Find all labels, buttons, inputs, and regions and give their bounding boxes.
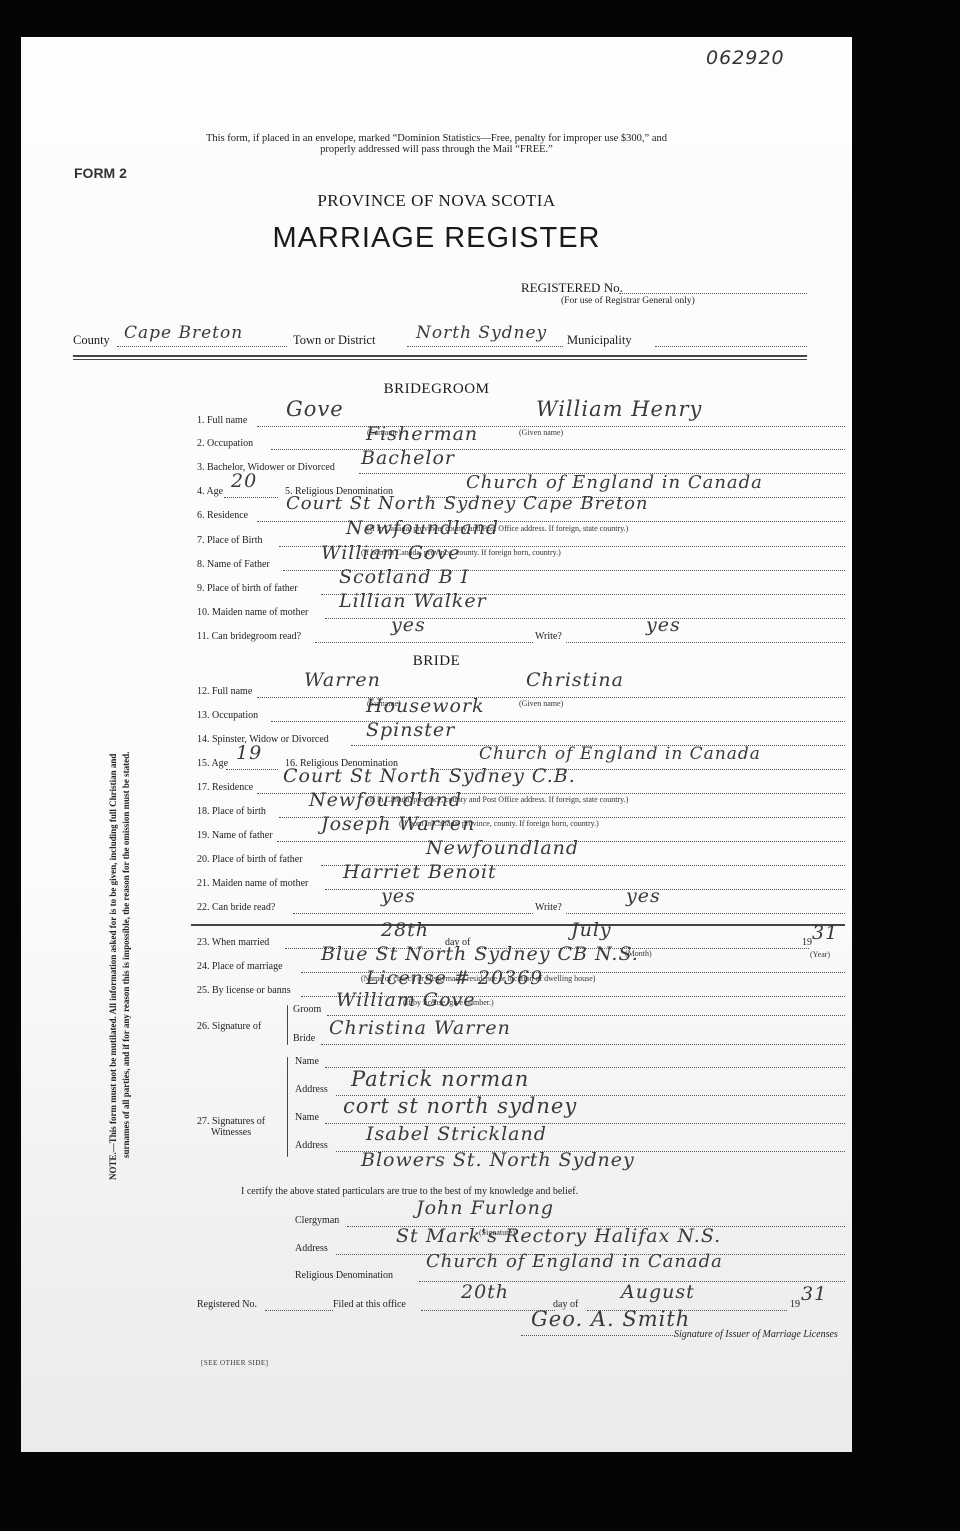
license-label: 25. By license or banns <box>197 985 291 996</box>
filed-month[interactable]: August <box>621 1281 695 1303</box>
county-value[interactable]: Cape Breton <box>124 323 243 343</box>
see-other-side: [SEE OTHER SIDE] <box>201 1359 269 1367</box>
bride-mother-maiden-name[interactable]: Harriet Benoit <box>343 861 497 883</box>
bride-signature-label: Bride <box>293 1033 315 1044</box>
groom-father-birthplace[interactable]: Scotland B I <box>339 566 469 588</box>
certification-statement: I certify the above stated particulars a… <box>241 1186 578 1197</box>
dots <box>271 721 845 722</box>
bride-surname[interactable]: Warren <box>304 669 381 691</box>
bride-can-write[interactable]: yes <box>626 885 661 907</box>
side-note-line1: NOTE.—This form must not be mutilated. A… <box>107 752 120 1180</box>
bride-mother-label: 21. Maiden name of mother <box>197 878 308 889</box>
page-title: MARRIAGE REGISTER <box>21 222 852 255</box>
bride-father-label: 19. Name of father <box>197 830 273 841</box>
dots <box>521 1335 675 1336</box>
bride-age[interactable]: 19 <box>236 742 262 764</box>
witness1-address-label: Address <box>295 1084 328 1095</box>
dots <box>224 497 278 498</box>
given-name-caption: (Given name) <box>519 699 563 708</box>
groom-residence[interactable]: Court St North Sydney Cape Breton <box>286 493 649 514</box>
filing-registered-no-label: Registered No. <box>197 1299 257 1310</box>
dots <box>321 1044 845 1045</box>
bride-residence-label: 17. Residence <box>197 782 253 793</box>
bracket <box>287 1005 288 1045</box>
dots <box>327 1015 845 1016</box>
bride-birthplace[interactable]: Newfoundland <box>309 789 462 811</box>
bracket <box>287 1057 288 1157</box>
bride-father-birthplace-label: 20. Place of birth of father <box>197 854 303 865</box>
registered-no-field[interactable] <box>619 293 807 294</box>
divider <box>191 924 845 926</box>
dots <box>257 697 845 698</box>
groom-marital-label: 3. Bachelor, Widower or Divorced <box>197 462 335 473</box>
bridegroom-heading: BRIDEGROOM <box>21 381 852 398</box>
bride-birthplace-label: 18. Place of birth <box>197 806 266 817</box>
bride-given-name[interactable]: Christina <box>526 669 624 691</box>
groom-full-name-label: 1. Full name <box>197 415 247 426</box>
postal-notice-line2: properly addressed will pass through the… <box>21 144 852 155</box>
town-value[interactable]: North Sydney <box>416 323 547 343</box>
postal-notice-line1: This form, if placed in an envelope, mar… <box>21 133 852 144</box>
witness1-name-label: Name <box>295 1056 319 1067</box>
clergy-address[interactable]: St Mark's Rectory Halifax N.S. <box>396 1225 721 1247</box>
dots <box>226 769 278 770</box>
bride-marital-label: 14. Spinster, Widow or Divorced <box>197 734 329 745</box>
groom-read-label: 11. Can bridegroom read? <box>197 631 301 642</box>
bride-occupation[interactable]: Housework <box>366 695 485 717</box>
clergyman-signature[interactable]: John Furlong <box>416 1197 554 1219</box>
marriage-year[interactable]: 31 <box>812 922 838 944</box>
bride-full-name-label: 12. Full name <box>197 686 252 697</box>
issuer-label: Signature of Issuer of Marriage Licenses <box>674 1329 838 1340</box>
filed-year[interactable]: 31 <box>801 1283 827 1305</box>
side-note: NOTE.—This form must not be mutilated. A… <box>107 752 133 1180</box>
witnesses-label-line1: 27. Signatures of <box>197 1116 265 1127</box>
filed-label: Filed at this office <box>333 1299 406 1310</box>
groom-birthplace[interactable]: Newfoundland <box>346 517 499 539</box>
witnesses-label-line2: Witnesses <box>197 1127 265 1138</box>
witness2-address-label: Address <box>295 1140 328 1151</box>
postal-notice: This form, if placed in an envelope, mar… <box>21 133 852 155</box>
town-dots <box>407 346 563 347</box>
dots <box>315 642 533 643</box>
groom-write-label: Write? <box>535 631 562 642</box>
when-married-label: 23. When married <box>197 937 269 948</box>
town-label: Town or District <box>293 333 375 348</box>
groom-age-label: 4. Age <box>197 486 223 497</box>
form-number: FORM 2 <box>74 165 127 181</box>
signature-of-label: 26. Signature of <box>197 1021 261 1032</box>
groom-can-write[interactable]: yes <box>646 614 681 636</box>
groom-given-name[interactable]: William Henry <box>536 397 702 421</box>
groom-residence-label: 6. Residence <box>197 510 248 521</box>
registered-no-label: REGISTERED No. <box>521 280 623 296</box>
divider <box>73 359 807 360</box>
witness2-value[interactable]: Isabel Strickland <box>366 1123 547 1145</box>
bride-marital-status[interactable]: Spinster <box>366 719 455 741</box>
witnesses-label: 27. Signatures of Witnesses <box>197 1116 265 1138</box>
document-page: 062920 This form, if placed in an envelo… <box>21 37 852 1452</box>
clergyman-label: Clergyman <box>295 1215 339 1226</box>
bride-occupation-label: 13. Occupation <box>197 710 258 721</box>
clergy-denomination-label: Religious Denomination <box>295 1270 393 1281</box>
municipality-label: Municipality <box>567 333 632 348</box>
groom-signature[interactable]: William Gove <box>336 989 475 1011</box>
dots <box>566 913 845 914</box>
filed-day[interactable]: 20th <box>461 1281 509 1303</box>
bride-father-name[interactable]: Joseph Warren <box>321 813 475 835</box>
marriage-month[interactable]: July <box>571 919 612 941</box>
groom-father-name[interactable]: William Gove <box>321 542 460 564</box>
groom-father-label: 8. Name of Father <box>197 559 270 570</box>
groom-marital-status[interactable]: Bachelor <box>361 447 455 469</box>
side-note-line2: surnames of all parties, and if for any … <box>120 752 133 1180</box>
witness1-value[interactable]: Patrick norman <box>351 1067 529 1091</box>
groom-occupation-label: 2. Occupation <box>197 438 253 449</box>
bride-age-label: 15. Age <box>197 758 228 769</box>
groom-birthplace-label: 7. Place of Birth <box>197 535 263 546</box>
marriage-day[interactable]: 28th <box>381 919 429 941</box>
license-number[interactable]: License # 20369 <box>366 967 543 989</box>
county-dots <box>117 346 287 347</box>
groom-mother-label: 10. Maiden name of mother <box>197 607 308 618</box>
divider <box>73 355 807 357</box>
bride-residence[interactable]: Court St North Sydney C.B. <box>283 765 576 787</box>
dots <box>293 913 533 914</box>
bride-can-read[interactable]: yes <box>381 885 416 907</box>
filing-registered-no-field[interactable] <box>265 1310 333 1311</box>
stamp-number: 062920 <box>706 47 785 69</box>
bride-denomination[interactable]: Church of England in Canada <box>479 744 761 764</box>
groom-can-read[interactable]: yes <box>391 614 426 636</box>
county-label: County <box>73 333 110 348</box>
dots <box>271 449 845 450</box>
issuer-signature[interactable]: Geo. A. Smith <box>531 1307 690 1331</box>
year-prefix: 19 <box>802 937 812 948</box>
groom-mother-maiden-name[interactable]: Lillian Walker <box>339 590 487 612</box>
witness1-address-value[interactable]: cort st north sydney <box>343 1094 577 1118</box>
dots <box>257 426 845 427</box>
witness2-address-value[interactable]: Blowers St. North Sydney <box>361 1149 635 1171</box>
place-of-marriage[interactable]: Blue St North Sydney CB N.S. <box>321 943 639 965</box>
place-of-marriage-label: 24. Place of marriage <box>197 961 283 972</box>
clergy-denomination[interactable]: Church of England in Canada <box>426 1251 723 1272</box>
registered-no-note: (For use of Registrar General only) <box>561 296 695 306</box>
groom-denomination[interactable]: Church of England in Canada <box>466 472 763 493</box>
bride-read-label: 22. Can bride read? <box>197 902 275 913</box>
witness2-name-label: Name <box>295 1112 319 1123</box>
given-name-caption: (Given name) <box>519 428 563 437</box>
bride-write-label: Write? <box>535 902 562 913</box>
municipality-field[interactable] <box>655 346 807 347</box>
clergy-address-label: Address <box>295 1243 328 1254</box>
groom-surname[interactable]: Gove <box>286 397 344 421</box>
groom-father-birthplace-label: 9. Place of birth of father <box>197 583 298 594</box>
groom-age[interactable]: 20 <box>231 470 257 492</box>
dots <box>566 642 845 643</box>
filed-year-prefix: 19 <box>790 1299 800 1310</box>
year-caption: (Year) <box>810 950 830 959</box>
province-heading: PROVINCE OF NOVA SCOTIA <box>21 191 852 211</box>
bride-heading: BRIDE <box>21 653 852 670</box>
bride-father-birthplace[interactable]: Newfoundland <box>426 837 579 859</box>
groom-signature-label: Groom <box>293 1004 321 1015</box>
groom-occupation[interactable]: Fisherman <box>366 423 478 445</box>
bride-signature[interactable]: Christina Warren <box>329 1017 511 1039</box>
